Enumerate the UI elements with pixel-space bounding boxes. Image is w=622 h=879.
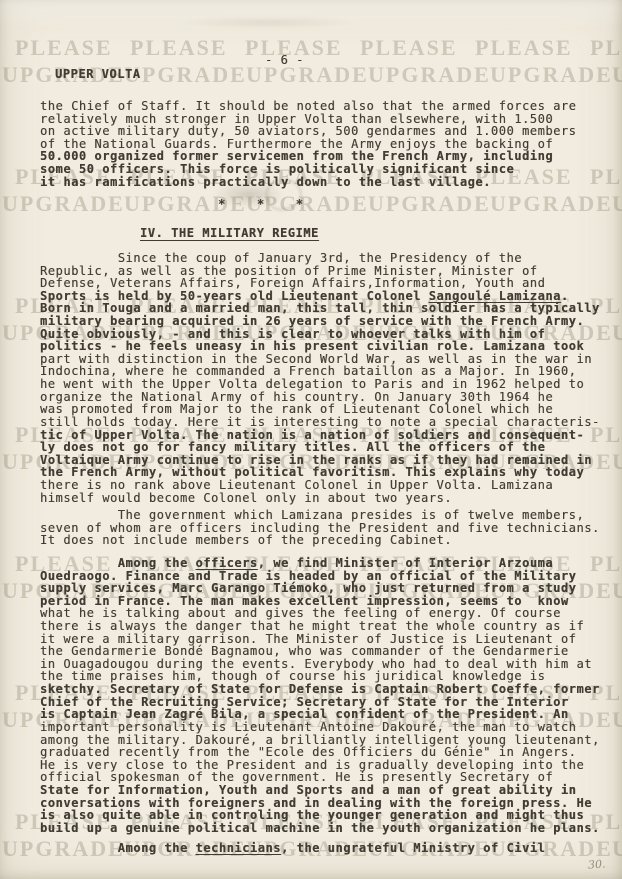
section-heading: IV. THE MILITARY REGIME xyxy=(140,226,319,240)
document-page: PLEASEPLEASEPLEASEPLEASEPLEASEPLEASEUPGR… xyxy=(0,0,622,879)
text-run: Among the xyxy=(40,841,196,855)
text-run: himself would become Colonel only in abo… xyxy=(40,491,452,505)
section-separator-stars: * * * xyxy=(218,198,304,211)
text-line: it has ramifications practically down to… xyxy=(40,176,576,189)
paragraph-p5: Among the technicians, the ungrateful Mi… xyxy=(40,842,545,855)
paragraph-p3: The government which Lamizana presides i… xyxy=(40,509,600,547)
underlined-text: technicians xyxy=(196,841,282,855)
text-run: It does not include members of the prece… xyxy=(40,533,452,547)
text-run: build up a genuine political machine in … xyxy=(40,821,600,835)
text-run: , the ungrateful Ministry of Civil xyxy=(281,841,545,855)
handwritten-page-note: 30. xyxy=(588,857,606,871)
text-line: Among the technicians, the ungrateful Mi… xyxy=(40,842,545,855)
text-line: himself would become Colonel only in abo… xyxy=(40,492,600,505)
text-run: it has ramifications practically down to… xyxy=(40,175,491,189)
text-line: It does not include members of the prece… xyxy=(40,534,600,547)
paragraph-p1: the Chief of Staff. It should be noted a… xyxy=(40,100,576,188)
paragraph-p4: Among the officers, we find Minister of … xyxy=(40,557,600,834)
text-line: build up a genuine political machine in … xyxy=(40,822,600,835)
document-content: the Chief of Staff. It should be noted a… xyxy=(0,0,622,879)
paragraph-p2: Since the coup of January 3rd, the Presi… xyxy=(40,252,600,504)
